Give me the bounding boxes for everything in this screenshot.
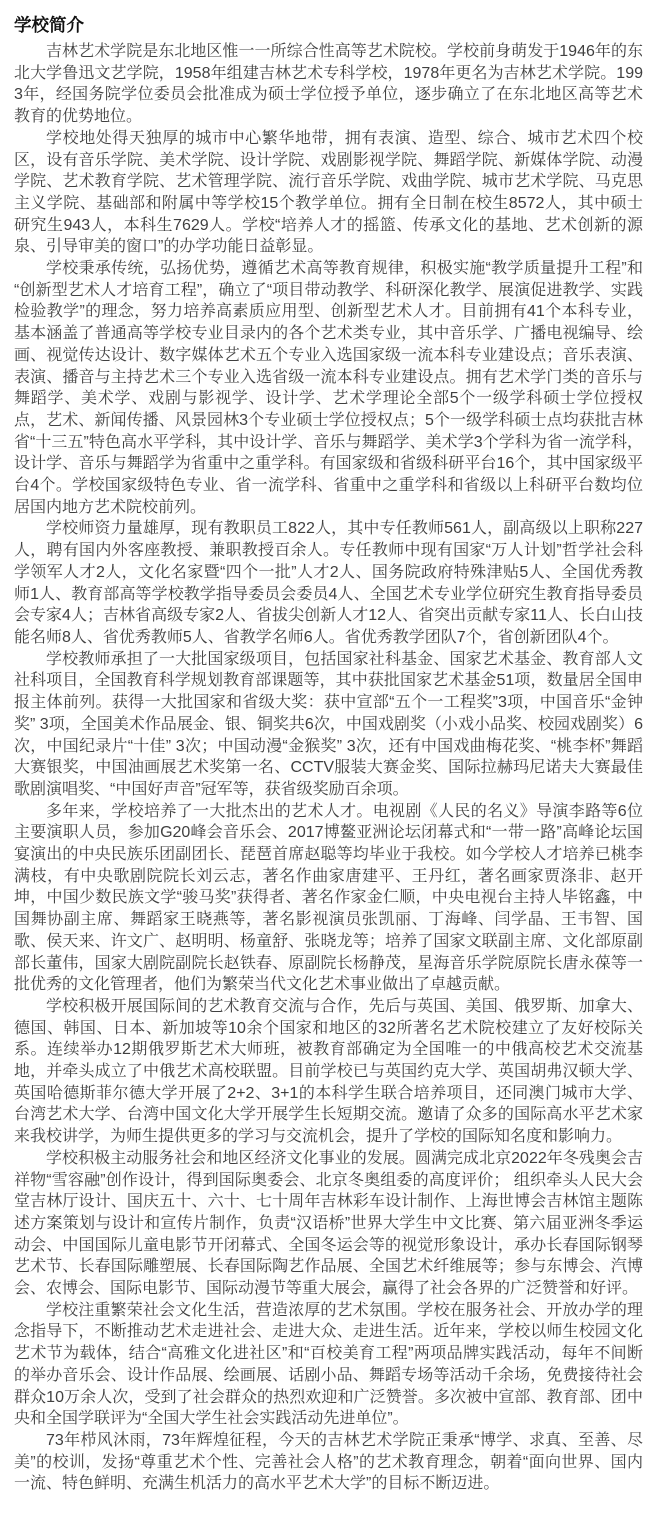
paragraph: 学校秉承传统，弘扬优势，遵循艺术高等教育规律，积极实施“教学质量提升工程”和“创…	[14, 258, 643, 518]
school-intro-article: 学校简介 吉林艺术学院是东北地区惟一一所综合性高等艺术院校。学校前身萌发于194…	[0, 0, 658, 1525]
paragraph: 学校师资力量雄厚，现有教职员工822人，其中专任教师561人，副高级以上职称22…	[14, 518, 643, 648]
paragraph: 吉林艺术学院是东北地区惟一一所综合性高等艺术院校。学校前身萌发于1946年的东北…	[14, 41, 643, 128]
paragraph: 学校积极主动服务社会和地区经济文化事业的发展。圆满完成北京2022年冬残奥会吉祥…	[14, 1148, 643, 1300]
paragraph: 学校积极开展国际间的艺术教育交流与合作，先后与英国、美国、俄罗斯、加拿大、德国、…	[14, 996, 643, 1148]
article-body: 吉林艺术学院是东北地区惟一一所综合性高等艺术院校。学校前身萌发于1946年的东北…	[14, 41, 643, 1495]
paragraph: 学校教师承担了一大批国家级项目，包括国家社科基金、国家艺术基金、教育部人文社科项…	[14, 649, 643, 801]
paragraph: 73年栉风沐雨，73年辉煌征程，今天的吉林艺术学院正秉承“博学、求真、至善、尽美…	[14, 1430, 643, 1495]
page-title: 学校简介	[14, 12, 643, 38]
paragraph: 多年来，学校培养了一大批杰出的艺术人才。电视剧《人民的名义》导演李路等6位主要演…	[14, 801, 643, 996]
paragraph: 学校地处得天独厚的城市中心繁华地带，拥有表演、造型、综合、城市艺术四个校区，设有…	[14, 128, 643, 258]
paragraph: 学校注重繁荣社会文化生活，营造浓厚的艺术氛围。学校在服务社会、开放办学的理念指导…	[14, 1300, 643, 1430]
